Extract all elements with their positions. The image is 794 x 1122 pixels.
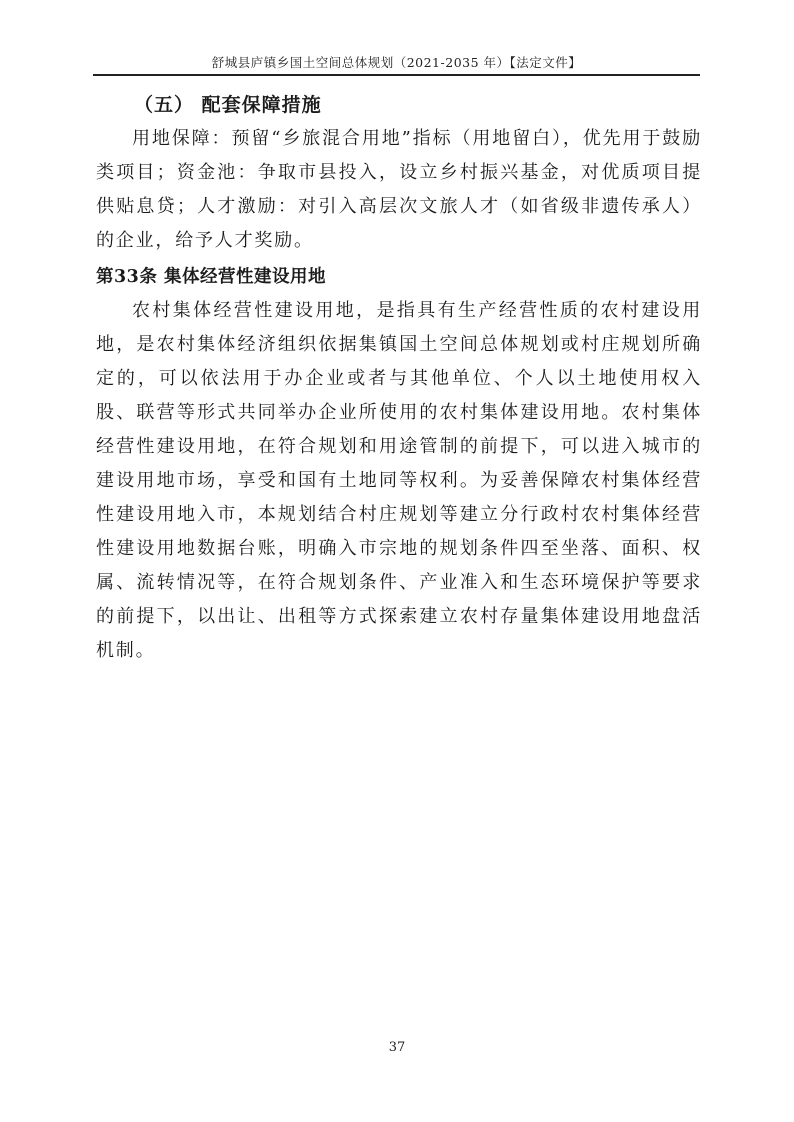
page-body: （五） 配套保障措施 用地保障：预留“乡旅混合用地”指标（用地留白），优先用于鼓…	[96, 88, 702, 668]
document-title: 舒城县庐镇乡国土空间总体规划（2021-2035 年）【法定文件】	[212, 55, 582, 70]
paragraph-collective-land: 农村集体经营性建设用地，是指具有生产经营性质的农村建设用地，是农村集体经济组织依…	[96, 294, 702, 668]
section-heading: （五） 配套保障措施	[134, 88, 702, 122]
article-heading: 第33条 集体经营性建设用地	[96, 260, 702, 294]
paragraph-support-measures: 用地保障：预留“乡旅混合用地”指标（用地留白），优先用于鼓励类项目；资金池：争取…	[96, 122, 702, 258]
page-number: 37	[0, 1040, 794, 1055]
page-header: 舒城县庐镇乡国土空间总体规划（2021-2035 年）【法定文件】	[93, 52, 700, 76]
